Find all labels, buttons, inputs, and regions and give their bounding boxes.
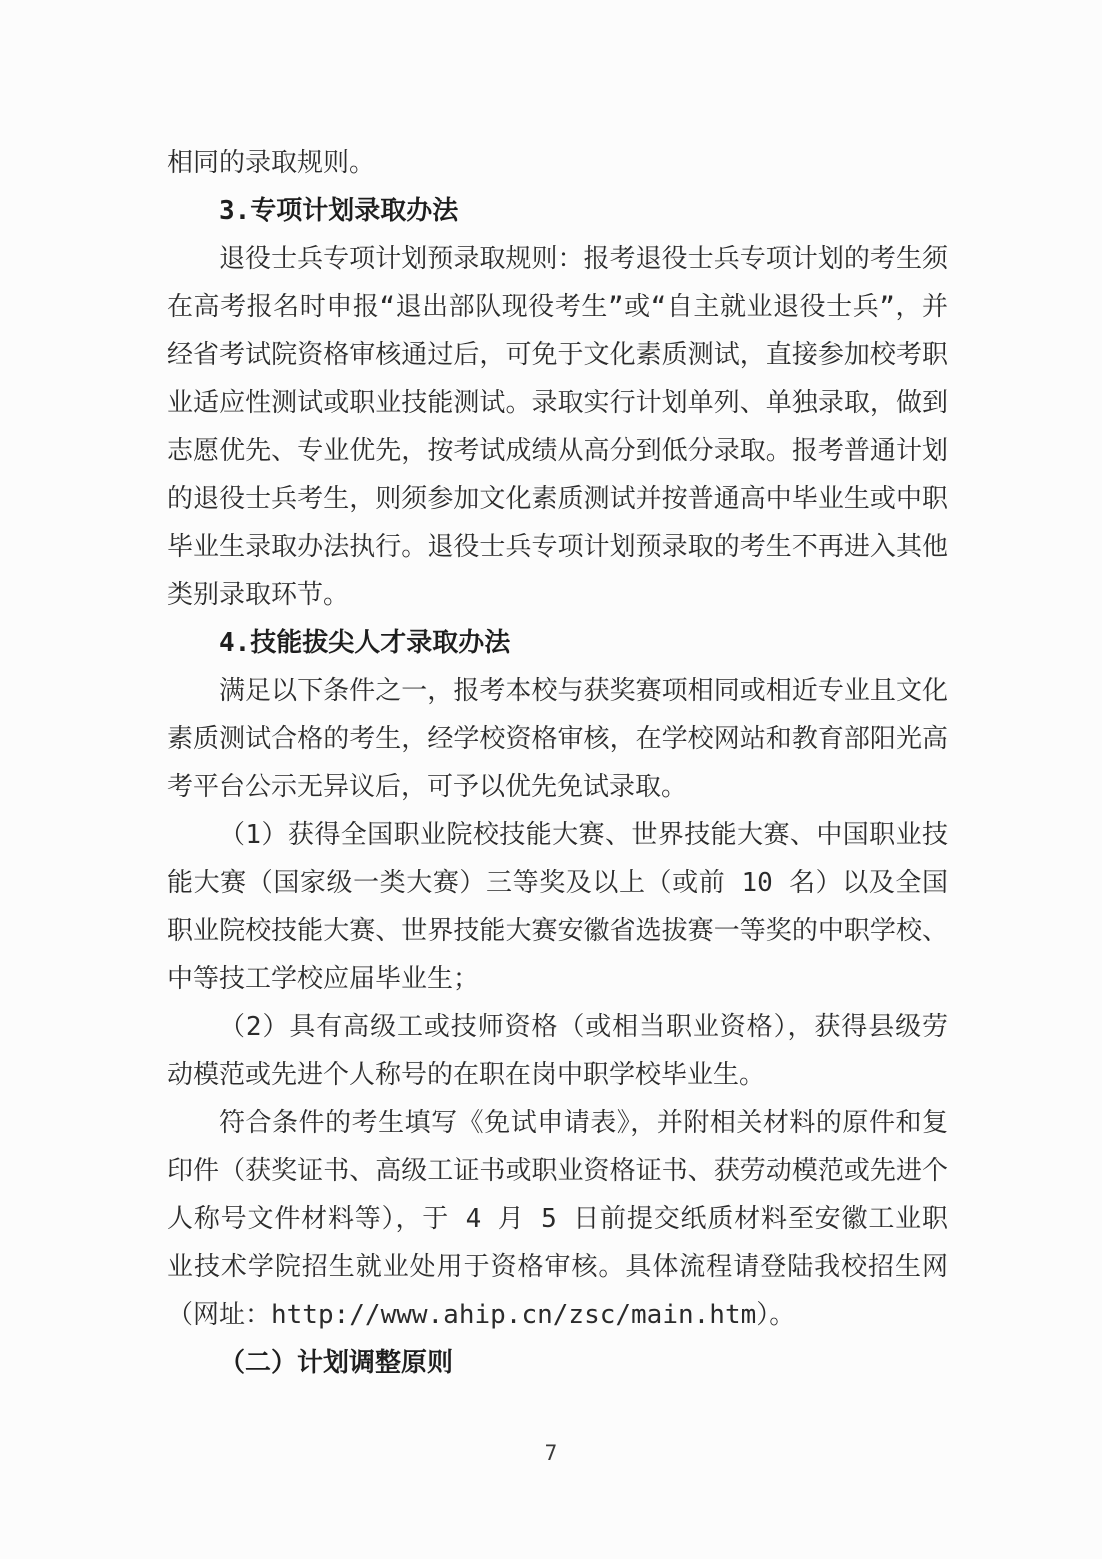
paragraph: 相同的录取规则。 [167, 139, 948, 187]
section-heading: 4.技能拔尖人才录取办法 [167, 619, 948, 667]
paragraph: 符合条件的考生填写《免试申请表》，并附相关材料的原件和复印件（获奖证书、高级工证… [167, 1099, 948, 1339]
document-page: 相同的录取规则。3.专项计划录取办法退役士兵专项计划预录取规则：报考退役士兵专项… [0, 0, 1102, 1559]
paragraph: 满足以下条件之一，报考本校与获奖赛项相同或相近专业且文化素质测试合格的考生，经学… [167, 667, 948, 811]
section-heading: 3.专项计划录取办法 [167, 187, 948, 235]
page-number: 7 [0, 1438, 1102, 1468]
section-heading: （二）计划调整原则 [167, 1339, 948, 1387]
page-body: 相同的录取规则。3.专项计划录取办法退役士兵专项计划预录取规则：报考退役士兵专项… [167, 139, 948, 1387]
paragraph: （2）具有高级工或技师资格（或相当职业资格），获得县级劳动模范或先进个人称号的在… [167, 1003, 948, 1099]
paragraph: （1）获得全国职业院校技能大赛、世界技能大赛、中国职业技能大赛（国家级一类大赛）… [167, 811, 948, 1003]
paragraph: 退役士兵专项计划预录取规则：报考退役士兵专项计划的考生须在高考报名时申报“退出部… [167, 235, 948, 619]
